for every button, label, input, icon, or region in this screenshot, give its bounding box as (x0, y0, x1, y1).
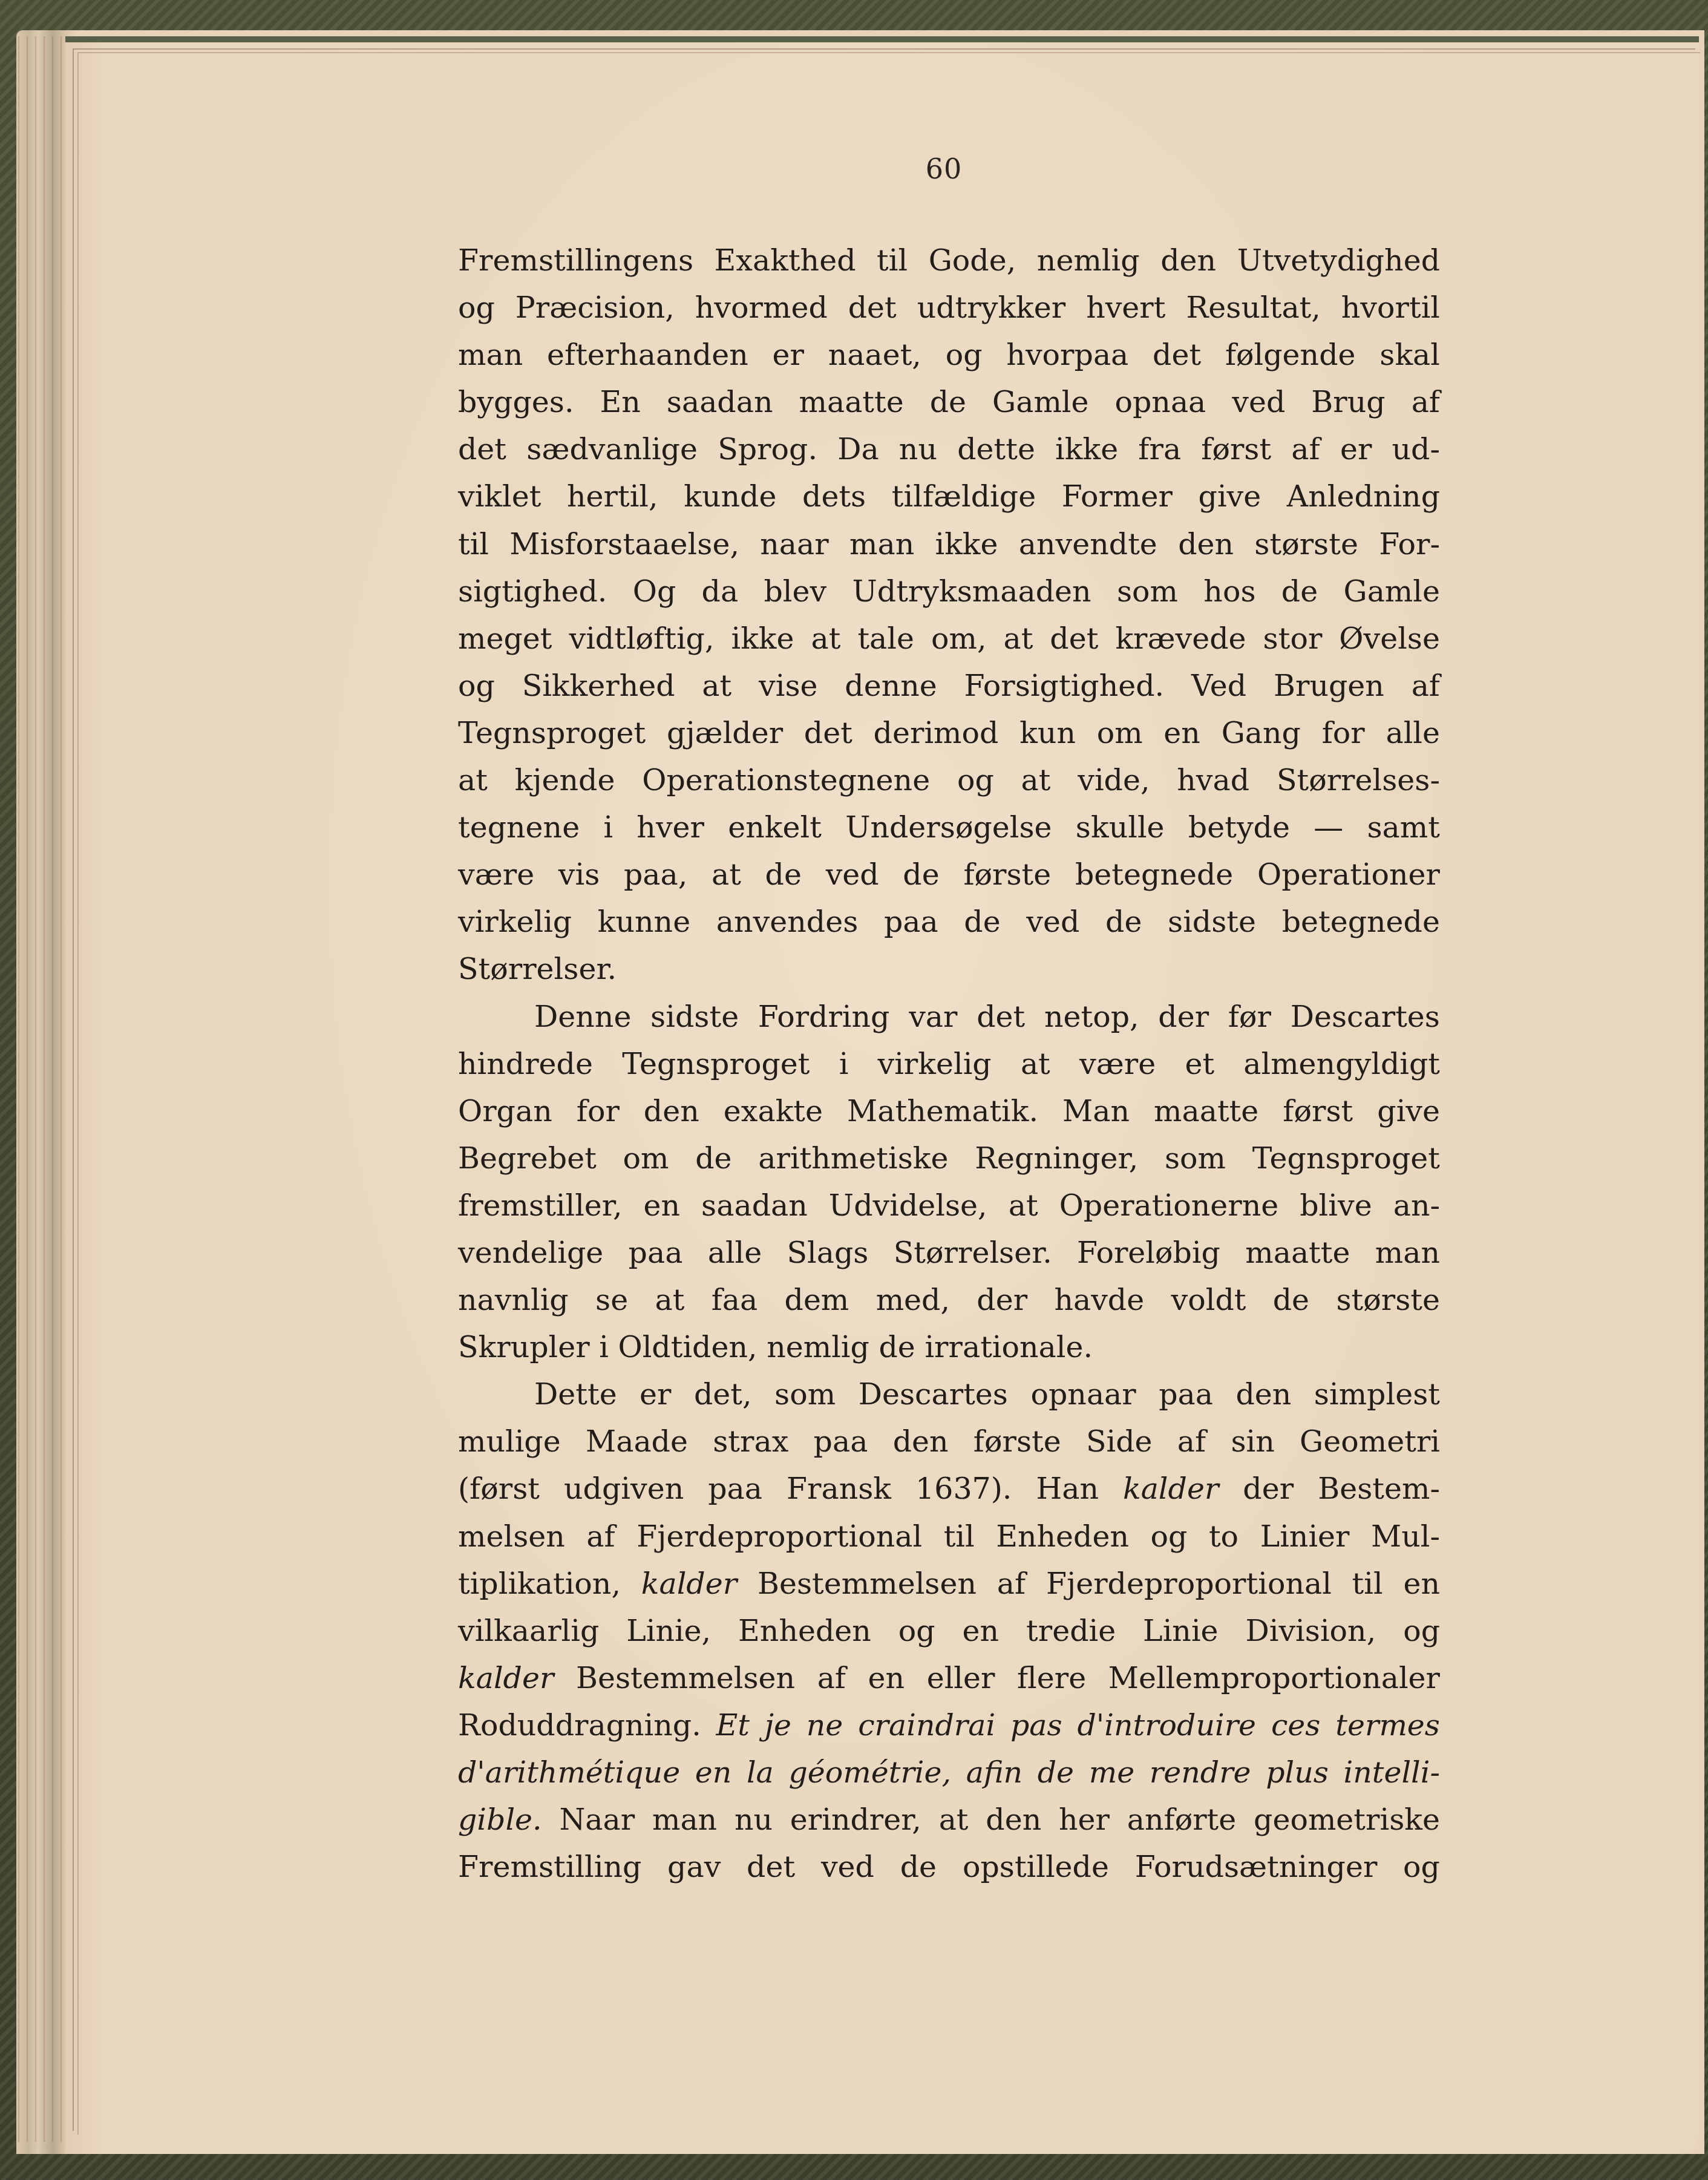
text-line: man efterhaanden er naaet, og hvorpaa de… (458, 332, 1440, 379)
page-number: 60 (908, 152, 980, 185)
text-line: meget vidtløftig, ikke at tale om, at de… (458, 615, 1440, 663)
text-line: fremstiller, en saadan Udvidelse, at Ope… (458, 1182, 1440, 1229)
text-line: Organ for den exakte Mathematik. Man maa… (458, 1088, 1440, 1135)
text-line: tegnene i hver enkelt Undersøgelse skull… (458, 804, 1440, 851)
text-line: Fremstillingens Exakthed til Gode, nemli… (458, 237, 1440, 284)
text-line: Begrebet om de arithmetiske Regninger, s… (458, 1135, 1440, 1182)
text-line: vilkaarlig Linie, Enheden og en tredie L… (458, 1608, 1440, 1655)
italic-emphasis: kalder (641, 1566, 737, 1601)
text-line: Fremstilling gav det ved de opstillede F… (458, 1844, 1440, 1891)
text-line: tiplikation, kalder Bestemmelsen af Fjer… (458, 1560, 1440, 1608)
italic-emphasis: kalder (1123, 1471, 1219, 1506)
text-line: Dette er det, som Descartes opnaar paa d… (458, 1371, 1440, 1418)
text-line: det sædvanlige Sprog. Da nu dette ikke f… (458, 426, 1440, 473)
text-line: hindrede Tegnsproget i virkelig at være … (458, 1041, 1440, 1088)
text-line: mulige Maade strax paa den første Side a… (458, 1418, 1440, 1465)
text-line: at kjende Operationstegnene og at vide, … (458, 757, 1440, 804)
text-line: og Præcision, hvormed det udtrykker hver… (458, 284, 1440, 332)
text-line: Skrupler i Oldtiden, nemlig de irrationa… (458, 1324, 1440, 1371)
text-line: Størrelser. (458, 946, 1440, 993)
text-line: vendelige paa alle Slags Størrelser. For… (458, 1229, 1440, 1277)
text-line: d'arithmétique en la géométrie, afin de … (458, 1749, 1440, 1796)
text-line: til Misforstaaelse, naar man ikke anvend… (458, 521, 1440, 568)
text-line: være vis paa, at de ved de første betegn… (458, 851, 1440, 899)
text-line: navnlig se at faa dem med, der havde vol… (458, 1277, 1440, 1324)
text-line: kalder Bestemmelsen af en eller flere Me… (458, 1655, 1440, 1702)
text-line: sigtighed. Og da blev Udtryksmaaden som … (458, 568, 1440, 615)
french-quotation: Et je ne craindrai pas d'introduire ces … (716, 1708, 1440, 1743)
text-line: viklet hertil, kunde dets tilfældige For… (458, 473, 1440, 520)
french-quotation: d'arithmétique en la géométrie, afin de … (458, 1755, 1440, 1790)
text-line: (først udgiven paa Fransk 1637). Han kal… (458, 1465, 1440, 1513)
text-line: virkelig kunne anvendes paa de ved de si… (458, 899, 1440, 946)
text-line: Roduddragning. Et je ne craindrai pas d'… (458, 1702, 1440, 1749)
italic-emphasis: kalder (458, 1661, 554, 1695)
text-line: Tegnsproget gjælder det derimod kun om e… (458, 710, 1440, 757)
body-text: Fremstillingens Exakthed til Gode, nemli… (458, 237, 1440, 1891)
text-line: Denne sidste Fordring var det netop, der… (458, 993, 1440, 1041)
text-line: gible. Naar man nu erindrer, at den her … (458, 1796, 1440, 1844)
text-line: bygges. En saadan maatte de Gamle opnaa … (458, 379, 1440, 426)
text-line: og Sikkerhed at vise denne Forsigtighed.… (458, 663, 1440, 710)
text-line: melsen af Fjerdeproportional til Enheden… (458, 1513, 1440, 1560)
french-quotation: gible. (458, 1802, 542, 1837)
